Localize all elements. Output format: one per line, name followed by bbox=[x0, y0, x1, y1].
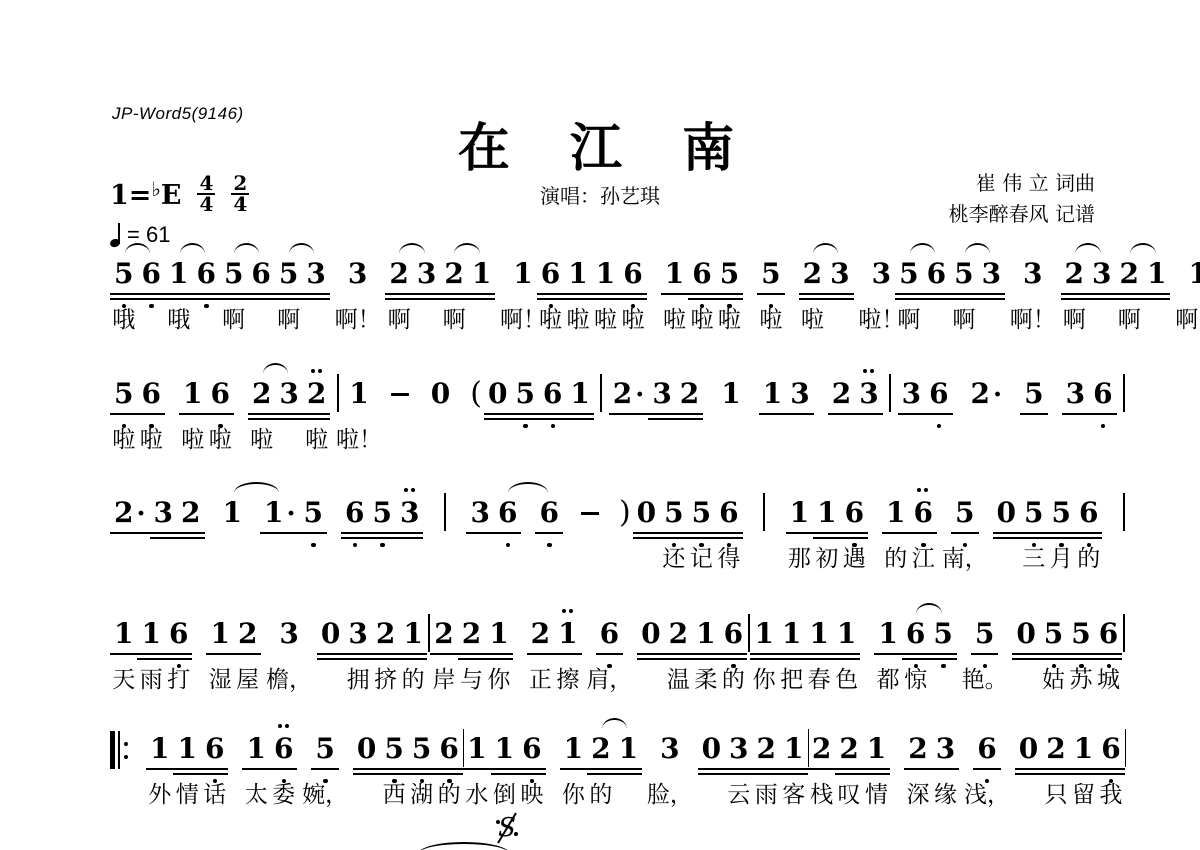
note-group: 1外1情6话 bbox=[146, 733, 228, 765]
note-digit: 6 bbox=[169, 617, 188, 650]
note: 6的 bbox=[435, 733, 462, 765]
ornament-dots bbox=[404, 488, 408, 492]
underline bbox=[372, 653, 399, 655]
note: 6浅， bbox=[973, 733, 1000, 765]
underline bbox=[971, 653, 998, 655]
note-group: 653 bbox=[341, 497, 423, 529]
note-group: 1啦6啦5啦 bbox=[661, 258, 743, 290]
note bbox=[577, 497, 603, 529]
note-digit: 5 bbox=[692, 496, 711, 529]
underline bbox=[725, 768, 752, 770]
note: 6 bbox=[1089, 378, 1116, 410]
note: 1· bbox=[260, 497, 300, 529]
underline bbox=[165, 298, 192, 300]
note: 6 bbox=[137, 258, 164, 290]
note-digit: 2 bbox=[832, 377, 851, 410]
dash-icon bbox=[391, 393, 409, 396]
lyric-syllable: 的 bbox=[402, 664, 425, 696]
underline bbox=[380, 768, 407, 770]
note: 5啦 bbox=[757, 258, 784, 290]
note: 2叹 bbox=[835, 733, 862, 765]
note: 6遇 bbox=[841, 497, 868, 529]
note-digit: 3 bbox=[902, 377, 921, 410]
underline bbox=[396, 537, 423, 539]
underline bbox=[220, 298, 247, 300]
underline bbox=[1020, 537, 1047, 539]
underline bbox=[192, 293, 219, 295]
note-digit: 3 bbox=[306, 257, 325, 290]
underline bbox=[458, 653, 485, 655]
note-digit: 5 bbox=[1071, 617, 1090, 650]
underline bbox=[1097, 773, 1124, 775]
note: 3 bbox=[855, 378, 882, 410]
underline bbox=[587, 768, 614, 770]
underline bbox=[137, 298, 164, 300]
music-line: 1外1情6话1太6委5婉，05西5湖6的1水1倒6映1你2的13脸，03云2雨1… bbox=[110, 717, 1125, 769]
lyric-syllable: 外 bbox=[148, 779, 171, 811]
note: 2的 bbox=[587, 733, 614, 765]
underline bbox=[1116, 298, 1143, 300]
underline bbox=[137, 653, 164, 655]
lyric-syllable: 啊！ bbox=[1175, 304, 1200, 336]
note-digit: 5 bbox=[304, 496, 323, 529]
note-digit: 2 bbox=[613, 377, 632, 410]
note-digit: 2 bbox=[680, 377, 699, 410]
underline bbox=[1116, 293, 1143, 295]
measure: 366)05还5记6得 bbox=[466, 481, 742, 529]
note-digit: 0 bbox=[997, 496, 1016, 529]
note-digit: 5 bbox=[664, 496, 683, 529]
underline bbox=[206, 653, 233, 655]
note-group: 1啦！ bbox=[345, 378, 372, 410]
note: 6江 bbox=[910, 497, 937, 529]
parenthesis: ( bbox=[468, 378, 484, 410]
note: 1 bbox=[1143, 258, 1170, 290]
note-digit: 3 bbox=[348, 617, 367, 650]
note: 2温 bbox=[665, 618, 692, 650]
note: 2 bbox=[828, 378, 855, 410]
lyric-syllable: 啊 bbox=[897, 304, 920, 336]
note: 2啊 bbox=[385, 258, 412, 290]
note-group: 3啦！ bbox=[868, 258, 895, 290]
note-digit: 5 bbox=[1024, 377, 1043, 410]
underline bbox=[385, 293, 412, 295]
slur bbox=[234, 482, 280, 493]
note: 2岸 bbox=[430, 618, 457, 650]
lyric-syllable: 太 bbox=[245, 779, 268, 811]
note-group: 6浅， bbox=[973, 733, 1000, 765]
note-group: 1你2的1 bbox=[560, 733, 642, 765]
note-digit: 1 bbox=[754, 617, 773, 650]
note-group: 02温1柔6的 bbox=[637, 618, 747, 650]
lyric-syllable: 啦 bbox=[250, 424, 273, 456]
underline bbox=[177, 532, 204, 534]
underline bbox=[863, 768, 890, 770]
note: 6啦 bbox=[206, 378, 233, 410]
underline bbox=[660, 537, 687, 539]
underline bbox=[344, 658, 371, 660]
note-digit: 5 bbox=[515, 377, 534, 410]
note: 3 bbox=[275, 378, 302, 410]
ornament-dots bbox=[278, 724, 282, 728]
underline bbox=[615, 768, 642, 770]
note: 3 bbox=[978, 258, 1005, 290]
note-digit: 2 bbox=[1046, 732, 1065, 765]
underline bbox=[535, 532, 562, 534]
slur bbox=[263, 363, 288, 374]
note-digit: 1 bbox=[472, 257, 491, 290]
underline bbox=[1012, 658, 1039, 660]
note-digit: 1 bbox=[1188, 257, 1200, 290]
underline bbox=[201, 773, 228, 775]
note-digit: 6 bbox=[1099, 617, 1118, 650]
underline bbox=[150, 537, 177, 539]
underline bbox=[592, 293, 619, 295]
note-digit: 2 bbox=[839, 732, 858, 765]
note: 6 bbox=[535, 497, 562, 529]
lyric-syllable: 岸 bbox=[432, 664, 455, 696]
lyric-syllable: 肩， bbox=[586, 664, 632, 696]
underline bbox=[353, 768, 380, 770]
lyric-syllable: 留 bbox=[1072, 779, 1095, 811]
note-group: 0 bbox=[427, 378, 454, 410]
note-digit: 0 bbox=[637, 496, 656, 529]
underline bbox=[275, 293, 302, 295]
note-digit: 6 bbox=[929, 377, 948, 410]
note-digit: 0 bbox=[321, 617, 340, 650]
note-digit: 6 bbox=[274, 732, 293, 765]
underline bbox=[413, 298, 440, 300]
underline bbox=[396, 532, 423, 534]
note: 5月 bbox=[1047, 497, 1074, 529]
note: 1外 bbox=[146, 733, 173, 765]
underline bbox=[341, 537, 368, 539]
note-digit: 2 bbox=[389, 257, 408, 290]
note-group: 1天1雨6打 bbox=[110, 618, 192, 650]
lyric-syllable: 你 bbox=[487, 664, 510, 696]
note-digit: 3 bbox=[660, 732, 679, 765]
note-digit: 1 bbox=[169, 257, 188, 290]
note: 0 bbox=[698, 733, 725, 765]
underline bbox=[179, 413, 206, 415]
low-octave-dot bbox=[547, 543, 552, 548]
barline bbox=[600, 374, 602, 412]
note-digit: 6 bbox=[719, 496, 738, 529]
note: 1 bbox=[615, 733, 642, 765]
underline bbox=[750, 658, 777, 660]
measure: 5哦61哦6 bbox=[110, 242, 220, 290]
underline bbox=[778, 653, 805, 655]
augmentation-dot: · bbox=[632, 380, 644, 410]
note-digit: 3 bbox=[154, 496, 173, 529]
note: 0 bbox=[633, 497, 660, 529]
note-digit: 3 bbox=[936, 732, 955, 765]
slur bbox=[916, 603, 942, 614]
note-digit: 3 bbox=[1066, 377, 1085, 410]
underline bbox=[951, 532, 978, 534]
note-digit: 1 bbox=[177, 732, 196, 765]
lyric-syllable: 客 bbox=[782, 779, 805, 811]
underline bbox=[537, 293, 564, 295]
note: 1你 bbox=[750, 618, 777, 650]
underline bbox=[1070, 768, 1097, 770]
underline bbox=[275, 413, 302, 415]
underline bbox=[385, 298, 412, 300]
note: 1倒 bbox=[491, 733, 518, 765]
note: 2啦 bbox=[248, 378, 275, 410]
lyric-syllable: 只 bbox=[1044, 779, 1067, 811]
underline bbox=[902, 658, 929, 660]
note-digit: 2 bbox=[114, 496, 133, 529]
underline bbox=[566, 418, 593, 420]
note: 1太 bbox=[242, 733, 269, 765]
note-digit: 6 bbox=[539, 496, 558, 529]
underline bbox=[1020, 532, 1047, 534]
lyric-syllable: 雨 bbox=[140, 664, 163, 696]
note-digit: 5 bbox=[1044, 617, 1063, 650]
note-group: 1啦6啦 bbox=[179, 378, 234, 410]
note-digit: 3 bbox=[729, 732, 748, 765]
segno-icon: S bbox=[494, 810, 520, 846]
note: 1 bbox=[468, 258, 495, 290]
underline bbox=[904, 768, 931, 770]
note-digit: 2 bbox=[591, 732, 610, 765]
underline bbox=[1042, 773, 1069, 775]
note-digit: 2 bbox=[307, 377, 326, 410]
note-digit: 6 bbox=[914, 496, 933, 529]
low-octave-dot bbox=[353, 543, 358, 548]
lyric-syllable: 啊 bbox=[277, 304, 300, 336]
note: 2· bbox=[110, 497, 150, 529]
underline bbox=[511, 418, 538, 420]
underline bbox=[637, 653, 664, 655]
note: 1初 bbox=[813, 497, 840, 529]
augmentation-dot: · bbox=[283, 499, 295, 529]
note-digit: 1 bbox=[264, 496, 283, 529]
note: 1水 bbox=[463, 733, 490, 765]
lyric-syllable: 南， bbox=[942, 543, 988, 575]
underline bbox=[146, 768, 173, 770]
underline bbox=[1040, 658, 1067, 660]
underline bbox=[1020, 413, 1047, 415]
lyric-syllable: 缘 bbox=[934, 779, 957, 811]
lyric-syllable: 啊 bbox=[388, 304, 411, 336]
note-digit: 1 bbox=[665, 257, 684, 290]
dash-icon bbox=[581, 512, 599, 515]
underline bbox=[1067, 653, 1094, 655]
note-digit: 3 bbox=[1023, 257, 1042, 290]
lyric-syllable: 你 bbox=[753, 664, 776, 696]
lyric-syllable: 姑 bbox=[1042, 664, 1065, 696]
underline bbox=[698, 773, 725, 775]
note-digit: 5 bbox=[114, 257, 133, 290]
note-group: 1都6惊5 bbox=[874, 618, 956, 650]
note-group: 3啊！ bbox=[1019, 258, 1046, 290]
low-octave-dot bbox=[204, 304, 209, 309]
underline bbox=[1042, 768, 1069, 770]
note: 5啦 bbox=[716, 258, 743, 290]
lyric-syllable: 记 bbox=[690, 543, 713, 575]
note-digit: 1 bbox=[495, 732, 514, 765]
lyric-syllable: 屋 bbox=[236, 664, 259, 696]
parenthesis: ) bbox=[617, 497, 633, 529]
lyric-syllable: 啊！ bbox=[1010, 304, 1056, 336]
note-digit: 1 bbox=[867, 732, 886, 765]
underline bbox=[1097, 768, 1124, 770]
note-digit: 6 bbox=[196, 257, 215, 290]
underline bbox=[1047, 537, 1074, 539]
underline bbox=[813, 532, 840, 534]
note-group: 2正1擦 bbox=[527, 618, 582, 650]
note: 3脸， bbox=[656, 733, 683, 765]
note-digit: 5 bbox=[955, 496, 974, 529]
lyric-syllable: 叹 bbox=[838, 779, 861, 811]
underline bbox=[537, 298, 564, 300]
underline bbox=[484, 413, 511, 415]
underline bbox=[688, 298, 715, 300]
lyric-syllable: 情 bbox=[865, 779, 888, 811]
note-group: 6啦1啦1啦6啦 bbox=[537, 258, 647, 290]
underline bbox=[753, 768, 780, 770]
note: 1哦 bbox=[165, 258, 192, 290]
lyric-syllable: 啦 bbox=[209, 424, 232, 456]
augmentation-dot: · bbox=[133, 499, 145, 529]
measure: 5啦6啦1啦6啦2啦32啦 bbox=[110, 362, 330, 410]
underline bbox=[137, 413, 164, 415]
note: 5啊 bbox=[895, 258, 922, 290]
note: 3 bbox=[1062, 378, 1089, 410]
lyric-syllable: 拥 bbox=[347, 664, 370, 696]
note-group: 1湿2屋 bbox=[206, 618, 261, 650]
underline bbox=[808, 768, 835, 770]
note: 1春 bbox=[805, 618, 832, 650]
note: 2啊 bbox=[440, 258, 467, 290]
underline bbox=[353, 773, 380, 775]
note: 5湖 bbox=[408, 733, 435, 765]
note-group: 13 bbox=[759, 378, 814, 410]
underline bbox=[882, 532, 909, 534]
underline bbox=[874, 653, 901, 655]
note: 6 bbox=[192, 258, 219, 290]
note-group: 23 bbox=[828, 378, 883, 410]
lyric-syllable: 西 bbox=[383, 779, 406, 811]
lyric-syllable: 啦！ bbox=[336, 424, 382, 456]
underline bbox=[110, 653, 137, 655]
underline bbox=[841, 537, 868, 539]
note: 6啦 bbox=[619, 258, 646, 290]
underline bbox=[633, 537, 660, 539]
note-digit: 3 bbox=[790, 377, 809, 410]
lyric-syllable: 柔 bbox=[694, 664, 717, 696]
note-digit: 1 bbox=[886, 496, 905, 529]
underline bbox=[619, 293, 646, 295]
underline bbox=[648, 413, 675, 415]
note-digit: 3 bbox=[652, 377, 671, 410]
note: 3 bbox=[466, 497, 493, 529]
underline bbox=[855, 413, 882, 415]
lyric-syllable: 哦 bbox=[112, 304, 135, 336]
underline bbox=[1067, 658, 1094, 660]
sheet-music-page: JP-Word5(9146) 在 江 南 演唱：孙艺琪 崔 伟 立 词曲 桃李醉… bbox=[0, 0, 1200, 850]
note-digit: 5 bbox=[761, 257, 780, 290]
barline bbox=[1123, 493, 1125, 531]
note-group: 6肩， bbox=[596, 618, 623, 650]
repeat-dot bbox=[124, 755, 128, 759]
note-group: 36 bbox=[898, 378, 953, 410]
underline bbox=[165, 293, 192, 295]
underline bbox=[300, 532, 327, 534]
note: 5啊 bbox=[950, 258, 977, 290]
note-digit: 6 bbox=[600, 617, 619, 650]
repeat-dot bbox=[124, 742, 128, 746]
note-digit: 0 bbox=[702, 732, 721, 765]
note: 1那 bbox=[786, 497, 813, 529]
note-group: 03拥2挤1的 bbox=[317, 618, 427, 650]
underline bbox=[725, 773, 752, 775]
lyric-syllable: 啦 bbox=[567, 304, 590, 336]
note-group: (0561 bbox=[468, 378, 594, 410]
underline bbox=[399, 658, 426, 660]
underline bbox=[248, 413, 275, 415]
note: 3缘 bbox=[932, 733, 959, 765]
barline bbox=[889, 374, 891, 412]
underline bbox=[564, 293, 591, 295]
note: 5啊 bbox=[275, 258, 302, 290]
underline bbox=[993, 537, 1020, 539]
underline bbox=[399, 653, 426, 655]
note-digit: 1 bbox=[878, 617, 897, 650]
slur bbox=[508, 482, 548, 493]
lyric-syllable: 湖 bbox=[410, 779, 433, 811]
underline bbox=[435, 768, 462, 770]
note: 2· bbox=[609, 378, 649, 410]
note: 3 bbox=[1088, 258, 1115, 290]
note-digit: 6 bbox=[205, 732, 224, 765]
note bbox=[387, 378, 413, 410]
note: 3 bbox=[302, 258, 329, 290]
note-digit: 5 bbox=[1024, 496, 1043, 529]
note-digit: 2 bbox=[238, 617, 257, 650]
note: 3啊！ bbox=[1019, 258, 1046, 290]
note: 5哦 bbox=[110, 258, 137, 290]
underline bbox=[665, 658, 692, 660]
low-octave-dot bbox=[523, 424, 528, 429]
note-digit: 1 bbox=[596, 257, 615, 290]
underline bbox=[688, 532, 715, 534]
underline bbox=[110, 298, 137, 300]
lyric-syllable: 打 bbox=[167, 664, 190, 696]
underline bbox=[925, 413, 952, 415]
note: 2栈 bbox=[808, 733, 835, 765]
low-octave-dot bbox=[311, 543, 316, 548]
note-group: 1的6江 bbox=[882, 497, 937, 529]
note: 1把 bbox=[778, 618, 805, 650]
note: 3啦！ bbox=[868, 258, 895, 290]
note: 3 bbox=[786, 378, 813, 410]
lyric-syllable: 惊 bbox=[904, 664, 927, 696]
underline bbox=[247, 298, 274, 300]
note-digit: 1 bbox=[223, 496, 242, 529]
underline bbox=[468, 293, 495, 295]
slur bbox=[399, 243, 425, 254]
note-group: 1啊！ bbox=[509, 258, 536, 290]
measure: 1你1把1春1色1都6惊55艳。05姑5苏6城 bbox=[750, 602, 1122, 650]
note-group: 1太6委 bbox=[242, 733, 297, 765]
measure: 1外1情6话1太6委5婉，05西5湖6的 bbox=[110, 717, 463, 769]
underline bbox=[302, 298, 329, 300]
measure: 5啊65啊33啊！2啊32啊11啊！ bbox=[895, 242, 1200, 290]
underline bbox=[835, 773, 862, 775]
